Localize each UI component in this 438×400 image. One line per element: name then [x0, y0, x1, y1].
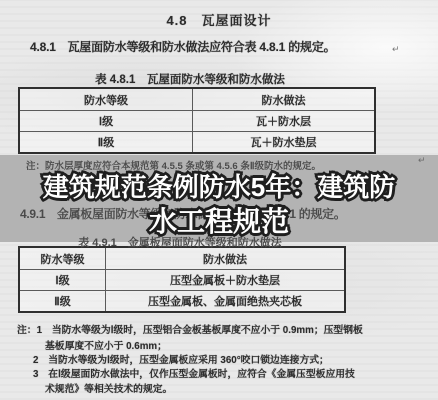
- paragraph-4-8-1: 4.8.1 瓦屋面防水等级和防水做法应符合表 4.8.1 的规定。: [30, 38, 335, 55]
- table-4-8-1: 防水等级 防水做法 Ⅰ级 瓦＋防水层 Ⅱ级 瓦＋防水垫层: [18, 87, 376, 154]
- table1-row1-grade: Ⅰ级: [20, 110, 192, 131]
- watermark-caption-line1: 建筑规范条例防水5年：建筑防: [0, 167, 438, 204]
- table2-note-3-line1: 3 在Ⅰ级屋面防水做法中，仅作压型金属板时，应符合《金属压型板应用技: [33, 366, 355, 380]
- table2-note-3-line2: 术规范》等相关技术的规定。: [45, 381, 172, 395]
- table2-row1-method: 压型金属板＋防水垫层: [105, 269, 344, 290]
- table2-row2-grade: Ⅱ级: [20, 290, 105, 311]
- section-4-8-heading: 4.8 瓦屋面设计: [0, 10, 438, 29]
- table1-row2-grade: Ⅱ级: [20, 131, 192, 152]
- table2-note-1-line2: 基板厚度不应小于 0.6mm；: [45, 338, 167, 352]
- paragraph-return-mark-icon: ↵: [392, 44, 400, 55]
- note-return-mark-icon: ↵: [418, 155, 426, 166]
- table1-header-method: 防水做法: [192, 89, 374, 110]
- table1-header-grade: 防水等级: [20, 89, 192, 110]
- table2-row2-method: 压型金属板、金属面绝热夹芯板: [105, 290, 344, 311]
- table2-row1-grade: Ⅰ级: [20, 269, 105, 290]
- table2-note-1-line1: 注：1 当防水等级为Ⅰ级时，压型铝合金板基板厚度不应小于 0.9mm；压型钢板: [17, 322, 363, 336]
- table2-header-method: 防水做法: [105, 248, 344, 269]
- table2-note-2: 2 当防水等级为Ⅰ级时，压型金属板应采用 360°咬口锁边连接方式；: [33, 352, 329, 366]
- scanned-document-page: 4.8 瓦屋面设计 4.8.1 瓦屋面防水等级和防水做法应符合表 4.8.1 的…: [0, 0, 438, 400]
- table1-row2-method: 瓦＋防水垫层: [192, 131, 374, 152]
- table-4-8-1-title: 表 4.8.1 瓦屋面防水等级和防水做法: [0, 71, 380, 87]
- table-4-9-1: 防水等级 防水做法 Ⅰ级 压型金属板＋防水垫层 Ⅱ级 压型金属板、金属面绝热夹芯…: [18, 246, 346, 313]
- watermark-caption-line2: 水工程规范: [0, 200, 438, 240]
- table1-row1-method: 瓦＋防水层: [192, 110, 374, 131]
- table2-header-grade: 防水等级: [20, 248, 105, 269]
